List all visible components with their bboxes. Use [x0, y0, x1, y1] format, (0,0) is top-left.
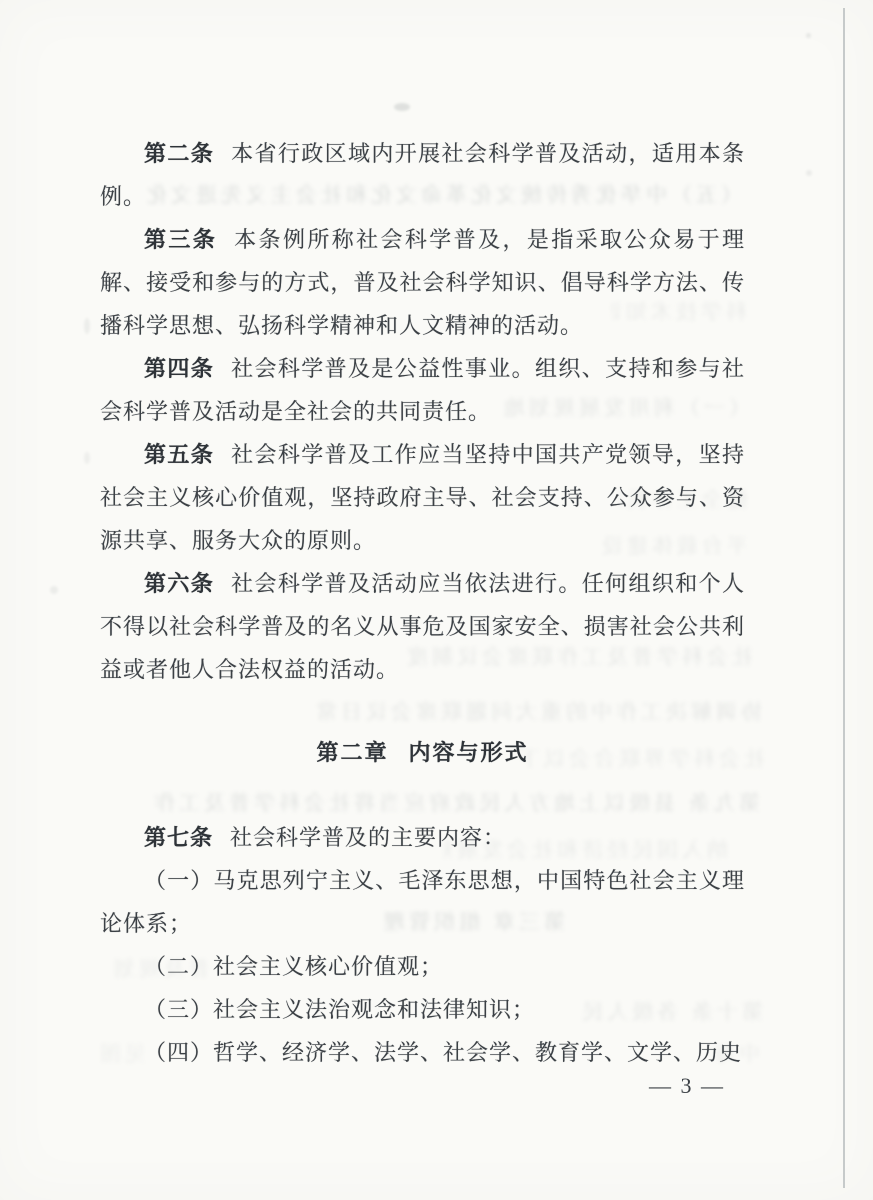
scan-speck: [84, 452, 90, 464]
article-number: 第六条: [144, 571, 214, 596]
chapter-heading: 第二章内容与形式: [100, 731, 745, 774]
scan-speck: [806, 170, 812, 176]
article-number: 第七条: [144, 825, 213, 850]
chapter-number: 第二章: [316, 740, 388, 765]
paragraph-text: 社会科学普及的主要内容：: [230, 825, 506, 850]
list-item: （三）社会主义法治观念和法律知识；: [100, 988, 745, 1031]
paragraph-text: （一）马克思列宁主义、毛泽东思想，中国特色社会主义理论体系；: [100, 868, 745, 936]
article-number: 第三条: [144, 227, 217, 252]
article-paragraph: 第二条本省行政区域内开展社会科学普及活动，适用本条例。: [100, 132, 745, 218]
scan-edge-line: [843, 8, 845, 1188]
document-body: 第二条本省行政区域内开展社会科学普及活动，适用本条例。第三条本条例所称社会科学普…: [100, 132, 745, 1074]
article-paragraph: 第七条社会科学普及的主要内容：: [100, 816, 745, 859]
scan-speck: [806, 33, 811, 38]
article-number: 第二条: [144, 141, 214, 166]
article-number: 第四条: [144, 356, 214, 381]
list-item: （一）马克思列宁主义、毛泽东思想，中国特色社会主义理论体系；: [100, 859, 745, 945]
paragraph-text: （三）社会主义法治观念和法律知识；: [144, 997, 535, 1022]
scanned-document-page: （五）中华优秀传统文化革命文化和社会主义先进文化科学技术知识（一）利用发展规划地…: [0, 0, 873, 1200]
article-paragraph: 第三条本条例所称社会科学普及，是指采取公众易于理解、接受和参与的方式，普及社会科…: [100, 218, 745, 347]
list-item: （二）社会主义核心价值观；: [100, 945, 745, 988]
article-paragraph: 第四条社会科学普及是公益性事业。组织、支持和参与社会科学普及活动是全社会的共同责…: [100, 347, 745, 433]
page-number: — 3 —: [100, 1064, 745, 1107]
paragraph-text: （四）哲学、经济学、法学、社会学、教育学、文学、历史: [144, 1040, 742, 1065]
scan-speck: [84, 318, 90, 334]
article-number: 第五条: [144, 442, 214, 467]
scan-speck: [394, 103, 410, 111]
chapter-title: 内容与形式: [409, 740, 529, 765]
article-paragraph: 第五条社会科学普及工作应当坚持中国共产党领导，坚持社会主义核心价值观，坚持政府主…: [100, 433, 745, 562]
paragraph-text: （二）社会主义核心价值观；: [144, 954, 443, 979]
scan-speck: [50, 586, 58, 594]
article-paragraph: 第六条社会科学普及活动应当依法进行。任何组织和个人不得以社会科学普及的名义从事危…: [100, 562, 745, 691]
